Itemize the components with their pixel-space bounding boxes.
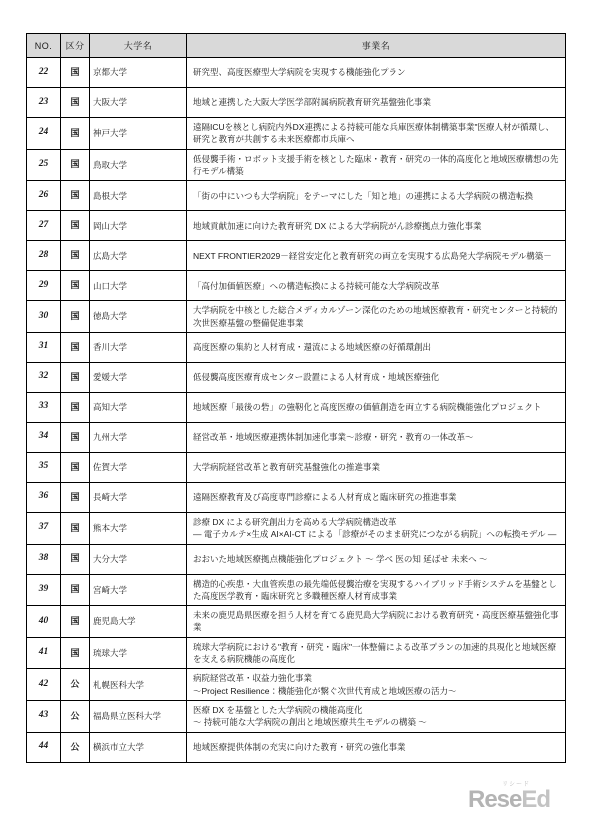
row-category: 国 bbox=[61, 118, 90, 150]
row-no: 41 bbox=[27, 637, 61, 669]
row-project: 医療 DX を基盤とした大学病院の機能高度化 ～ 持続可能な大学病院の創出と地域… bbox=[187, 701, 566, 733]
row-project: 地域医療提供体制の充実に向けた教育・研究の強化事業 bbox=[187, 732, 566, 762]
row-university: 大阪大学 bbox=[90, 88, 187, 118]
row-university: 横浜市立大学 bbox=[90, 732, 187, 762]
reseed-logo-text: ReseEd bbox=[468, 788, 550, 812]
university-projects-table-wrap: NO. 区分 大学名 事業名 22 国 京都大学 研究型、高度医療型大学病院を実… bbox=[26, 33, 566, 763]
row-no: 34 bbox=[27, 422, 61, 452]
row-university: 大分大学 bbox=[90, 544, 187, 574]
table-row: 28 国 広島大学 NEXT FRONTIER2029－経営安定化と教育研究の両… bbox=[27, 241, 566, 271]
row-project: 「街の中にいつも大学病院」をテーマにした「知と地」の連携による大学病院の構造転換 bbox=[187, 181, 566, 211]
row-category: 国 bbox=[61, 574, 90, 606]
row-project: おおいた地域医療拠点機能強化プロジェクト ～ 学べ 医の知 延ばせ 未来へ ～ bbox=[187, 544, 566, 574]
table-body: 22 国 京都大学 研究型、高度医療型大学病院を実現する機能強化プラン 23 国… bbox=[27, 58, 566, 763]
row-no: 43 bbox=[27, 701, 61, 733]
table-row: 33 国 高知大学 地域医療「最後の砦」の強靭化と高度医療の価値創造を両立する病… bbox=[27, 392, 566, 422]
row-no: 22 bbox=[27, 58, 61, 88]
row-university: 高知大学 bbox=[90, 392, 187, 422]
row-no: 36 bbox=[27, 482, 61, 512]
row-no: 30 bbox=[27, 301, 61, 333]
row-project: 経営改革・地域医療連携体制加速化事業～診療・研究・教育の一体改革～ bbox=[187, 422, 566, 452]
table-row: 41 国 琉球大学 琉球大学病院における"教育・研究・臨床"一体整備による改革プ… bbox=[27, 637, 566, 669]
row-university: 琉球大学 bbox=[90, 637, 187, 669]
row-category: 国 bbox=[61, 512, 90, 544]
row-project: 地域貢献加速に向けた教育研究 DX による大学病院がん診療拠点力強化事業 bbox=[187, 211, 566, 241]
table-row: 38 国 大分大学 おおいた地域医療拠点機能強化プロジェクト ～ 学べ 医の知 … bbox=[27, 544, 566, 574]
row-no: 32 bbox=[27, 362, 61, 392]
row-university: 佐賀大学 bbox=[90, 452, 187, 482]
row-university: 香川大学 bbox=[90, 332, 187, 362]
row-university: 福島県立医科大学 bbox=[90, 701, 187, 733]
row-project: 診療 DX による研究創出力を高める大学病院構造改革 ― 電子カルテ×生成 AI… bbox=[187, 512, 566, 544]
header-no: NO. bbox=[27, 34, 61, 58]
row-category: 国 bbox=[61, 606, 90, 638]
row-category: 国 bbox=[61, 241, 90, 271]
row-project: 大学病院経営改革と教育研究基盤強化の推進事業 bbox=[187, 452, 566, 482]
university-projects-table: NO. 区分 大学名 事業名 22 国 京都大学 研究型、高度医療型大学病院を実… bbox=[26, 33, 566, 763]
row-category: 国 bbox=[61, 482, 90, 512]
row-category: 国 bbox=[61, 181, 90, 211]
row-university: 島根大学 bbox=[90, 181, 187, 211]
table-row: 39 国 宮崎大学 構造的心疾患・大血管疾患の最先端低侵襲治療を実現するハイブリ… bbox=[27, 574, 566, 606]
row-project: 病院経営改革・収益力強化事業 ～Project Resilience：機能強化が… bbox=[187, 669, 566, 701]
table-row: 29 国 山口大学 「高付加価値医療」への構造転換による持続可能な大学病院改革 bbox=[27, 271, 566, 301]
table-row: 44 公 横浜市立大学 地域医療提供体制の充実に向けた教育・研究の強化事業 bbox=[27, 732, 566, 762]
row-project: 地域と連携した大阪大学医学部附属病院教育研究基盤強化事業 bbox=[187, 88, 566, 118]
header-university: 大学名 bbox=[90, 34, 187, 58]
table-row: 25 国 鳥取大学 低侵襲手術・ロボット支援手術を核とした臨床・教育・研究の一体… bbox=[27, 149, 566, 181]
row-no: 44 bbox=[27, 732, 61, 762]
row-project: 未来の鹿児島県医療を担う人材を育てる鹿児島大学病院における教育研究・高度医療基盤… bbox=[187, 606, 566, 638]
row-no: 31 bbox=[27, 332, 61, 362]
table-row: 36 国 長崎大学 遠隔医療教育及び高度専門診療による人材育成と臨床研究の推進事… bbox=[27, 482, 566, 512]
row-no: 38 bbox=[27, 544, 61, 574]
header-category: 区分 bbox=[61, 34, 90, 58]
row-no: 29 bbox=[27, 271, 61, 301]
table-row: 32 国 愛媛大学 低侵襲高度医療育成センター設置による人材育成・地域医療強化 bbox=[27, 362, 566, 392]
row-no: 26 bbox=[27, 181, 61, 211]
row-category: 国 bbox=[61, 544, 90, 574]
row-category: 公 bbox=[61, 701, 90, 733]
reseed-logo: リシード ReseEd bbox=[468, 782, 550, 812]
row-category: 国 bbox=[61, 332, 90, 362]
row-university: 札幌医科大学 bbox=[90, 669, 187, 701]
row-category: 国 bbox=[61, 211, 90, 241]
table-row: 31 国 香川大学 高度医療の集約と人材育成・還流による地域医療の好循環創出 bbox=[27, 332, 566, 362]
row-project: 琉球大学病院における"教育・研究・臨床"一体整備による改革プランの加速的具現化と… bbox=[187, 637, 566, 669]
reseed-logo-part1: Rese bbox=[468, 786, 521, 813]
row-category: 公 bbox=[61, 669, 90, 701]
table-row: 26 国 島根大学 「街の中にいつも大学病院」をテーマにした「知と地」の連携によ… bbox=[27, 181, 566, 211]
row-category: 国 bbox=[61, 301, 90, 333]
row-university: 宮崎大学 bbox=[90, 574, 187, 606]
row-no: 27 bbox=[27, 211, 61, 241]
table-row: 43 公 福島県立医科大学 医療 DX を基盤とした大学病院の機能高度化 ～ 持… bbox=[27, 701, 566, 733]
row-project: 遠隔ICUを核とし病院内外DX連携による持続可能な兵庫医療体制構築事業"医療人材… bbox=[187, 118, 566, 150]
row-no: 37 bbox=[27, 512, 61, 544]
row-project: 遠隔医療教育及び高度専門診療による人材育成と臨床研究の推進事業 bbox=[187, 482, 566, 512]
row-university: 愛媛大学 bbox=[90, 362, 187, 392]
row-university: 鳥取大学 bbox=[90, 149, 187, 181]
row-project: 「高付加価値医療」への構造転換による持続可能な大学病院改革 bbox=[187, 271, 566, 301]
row-university: 九州大学 bbox=[90, 422, 187, 452]
table-row: 35 国 佐賀大学 大学病院経営改革と教育研究基盤強化の推進事業 bbox=[27, 452, 566, 482]
row-university: 京都大学 bbox=[90, 58, 187, 88]
row-no: 28 bbox=[27, 241, 61, 271]
row-project: 高度医療の集約と人材育成・還流による地域医療の好循環創出 bbox=[187, 332, 566, 362]
table-row: 30 国 徳島大学 大学病院を中核とした総合メディカルゾーン深化のための地域医療… bbox=[27, 301, 566, 333]
row-project: 構造的心疾患・大血管疾患の最先端低侵襲治療を実現するハイブリッド手術システムを基… bbox=[187, 574, 566, 606]
row-category: 国 bbox=[61, 452, 90, 482]
row-project: 低侵襲高度医療育成センター設置による人材育成・地域医療強化 bbox=[187, 362, 566, 392]
row-project: NEXT FRONTIER2029－経営安定化と教育研究の両立を実現する広島発大… bbox=[187, 241, 566, 271]
row-no: 25 bbox=[27, 149, 61, 181]
row-no: 24 bbox=[27, 118, 61, 150]
row-category: 国 bbox=[61, 271, 90, 301]
row-category: 国 bbox=[61, 362, 90, 392]
row-no: 33 bbox=[27, 392, 61, 422]
row-no: 42 bbox=[27, 669, 61, 701]
header-project: 事業名 bbox=[187, 34, 566, 58]
row-category: 国 bbox=[61, 422, 90, 452]
row-no: 35 bbox=[27, 452, 61, 482]
row-no: 23 bbox=[27, 88, 61, 118]
row-university: 岡山大学 bbox=[90, 211, 187, 241]
table-row: 23 国 大阪大学 地域と連携した大阪大学医学部附属病院教育研究基盤強化事業 bbox=[27, 88, 566, 118]
row-project: 研究型、高度医療型大学病院を実現する機能強化プラン bbox=[187, 58, 566, 88]
row-category: 国 bbox=[61, 88, 90, 118]
row-no: 40 bbox=[27, 606, 61, 638]
row-university: 鹿児島大学 bbox=[90, 606, 187, 638]
row-project: 大学病院を中核とした総合メディカルゾーン深化のための地域医療教育・研究センターと… bbox=[187, 301, 566, 333]
row-category: 国 bbox=[61, 392, 90, 422]
table-row: 40 国 鹿児島大学 未来の鹿児島県医療を担う人材を育てる鹿児島大学病院における… bbox=[27, 606, 566, 638]
row-university: 山口大学 bbox=[90, 271, 187, 301]
row-category: 国 bbox=[61, 637, 90, 669]
row-university: 広島大学 bbox=[90, 241, 187, 271]
row-no: 39 bbox=[27, 574, 61, 606]
table-row: 42 公 札幌医科大学 病院経営改革・収益力強化事業 ～Project Resi… bbox=[27, 669, 566, 701]
row-university: 神戸大学 bbox=[90, 118, 187, 150]
table-row: 37 国 熊本大学 診療 DX による研究創出力を高める大学病院構造改革 ― 電… bbox=[27, 512, 566, 544]
table-row: 22 国 京都大学 研究型、高度医療型大学病院を実現する機能強化プラン bbox=[27, 58, 566, 88]
row-university: 徳島大学 bbox=[90, 301, 187, 333]
table-header-row: NO. 区分 大学名 事業名 bbox=[27, 34, 566, 58]
row-category: 公 bbox=[61, 732, 90, 762]
row-university: 熊本大学 bbox=[90, 512, 187, 544]
row-university: 長崎大学 bbox=[90, 482, 187, 512]
table-row: 27 国 岡山大学 地域貢献加速に向けた教育研究 DX による大学病院がん診療拠… bbox=[27, 211, 566, 241]
row-category: 国 bbox=[61, 58, 90, 88]
table-row: 24 国 神戸大学 遠隔ICUを核とし病院内外DX連携による持続可能な兵庫医療体… bbox=[27, 118, 566, 150]
row-project: 低侵襲手術・ロボット支援手術を核とした臨床・教育・研究の一体的高度化と地域医療構… bbox=[187, 149, 566, 181]
table-row: 34 国 九州大学 経営改革・地域医療連携体制加速化事業～診療・研究・教育の一体… bbox=[27, 422, 566, 452]
reseed-logo-part2: Ed bbox=[521, 786, 550, 813]
row-project: 地域医療「最後の砦」の強靭化と高度医療の価値創造を両立する病院機能強化プロジェク… bbox=[187, 392, 566, 422]
row-category: 国 bbox=[61, 149, 90, 181]
